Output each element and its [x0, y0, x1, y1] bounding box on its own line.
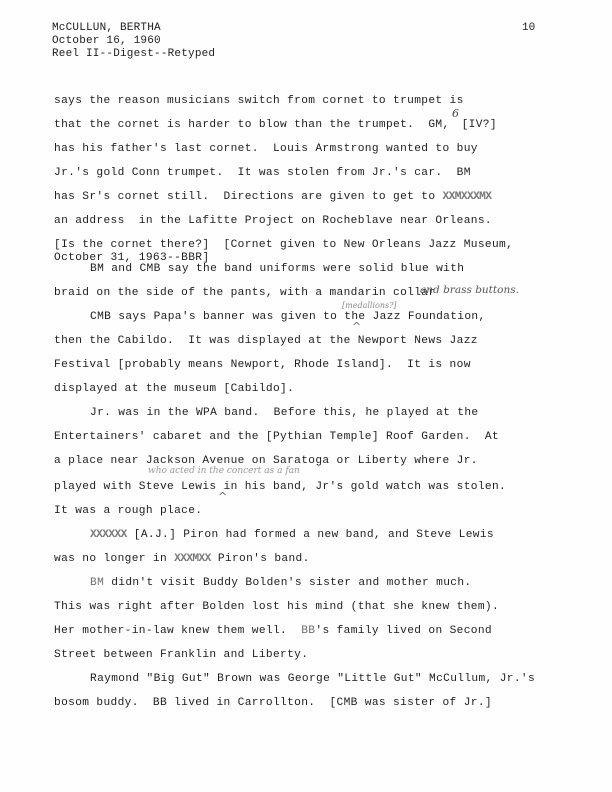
text-line: Street between Franklin and Liberty.	[54, 649, 308, 661]
text-line: Festival [probably means Newport, Rhode …	[54, 359, 471, 371]
text-line: bosom buddy. BB lived in Carrollton. [CM…	[54, 697, 492, 709]
text-fragment: 's family lived on Second	[315, 625, 492, 637]
text-line: displayed at the museum [Cabildo].	[54, 383, 294, 395]
text-line: XXXXXX [A.J.] Piron had formed a new ban…	[90, 529, 494, 541]
text-line: Entertainers' cabaret and the [Pythian T…	[54, 431, 499, 443]
text-line: BM and CMB say the band uniforms were so…	[90, 263, 464, 275]
text-fragment: didn't visit Buddy Bolden's sister and m…	[104, 577, 471, 589]
text-fragment: that the cornet is harder to blow than t…	[54, 119, 450, 131]
reel-label: Reel II--Digest--Retyped	[52, 48, 215, 61]
redaction-strikeout: XXXMXX	[174, 553, 211, 565]
text-line: Raymond "Big Gut" Brown was George "Litt…	[90, 673, 535, 685]
text-line: CMB says Papa's banner was given to the …	[90, 311, 486, 323]
text-line: BM didn't visit Buddy Bolden's sister an…	[90, 577, 471, 589]
text-fragment: Her mother-in-law knew them well.	[54, 625, 301, 637]
text-line: that the cornet is harder to blow than t…	[54, 119, 497, 131]
text-line: Jr. was in the WPA band. Before this, he…	[90, 407, 479, 419]
text-fragment: was no longer in	[54, 553, 174, 565]
insertion-caret: ^	[218, 490, 227, 503]
interview-date: October 16, 1960	[52, 35, 215, 48]
text-line: Jr.'s gold Conn trumpet. It was stolen f…	[54, 167, 471, 179]
insertion-caret: ^	[352, 320, 361, 333]
text-fragment: [A.J.] Piron had formed a new band, and …	[127, 529, 494, 541]
text-line: braid on the side of the pants, with a m…	[54, 287, 435, 299]
redaction-strikeout: XXXXXX	[90, 529, 127, 541]
handwritten-watch-note: who acted in the concert as a fan	[148, 466, 300, 476]
handwritten-medallions-note: [medallions?]	[342, 301, 397, 310]
bracket-note: [IV?]	[462, 119, 497, 131]
text-line: was no longer in XXXMXX Piron's band.	[54, 553, 310, 565]
redaction-strikeout: XXMXXXMX	[443, 191, 492, 203]
text-fragment: Piron's band.	[211, 553, 310, 565]
text-line: says the reason musicians switch from co…	[54, 95, 464, 107]
text-fragment: in his band, Jr's gold watch was stolen.	[216, 481, 506, 493]
text-fragment: played with Steve Lewis	[54, 481, 216, 493]
text-line: It was a rough place.	[54, 505, 202, 517]
handwritten-collar-addition: and brass buttons.	[420, 284, 519, 296]
interviewee-name: McCULLUN, BERTHA	[52, 22, 215, 35]
handwritten-superscript: 6	[452, 107, 459, 120]
initials-bb: BB	[301, 625, 315, 637]
text-line: an address in the Lafitte Project on Roc…	[54, 215, 492, 227]
text-line: [Is the cornet there?] [Cornet given to …	[54, 239, 513, 251]
text-line: has his father's last cornet. Louis Arms…	[54, 143, 478, 155]
text-line: played with Steve Lewis in his band, Jr'…	[54, 481, 506, 493]
text-fragment: has Sr's cornet still. Directions are gi…	[54, 191, 443, 203]
text-line: Her mother-in-law knew them well. BB's f…	[54, 625, 492, 637]
text-line: has Sr's cornet still. Directions are gi…	[54, 191, 491, 203]
document-header: McCULLUN, BERTHA October 16, 1960 Reel I…	[52, 22, 215, 61]
initials-bm: BM	[90, 577, 104, 589]
text-line: This was right after Bolden lost his min…	[54, 601, 499, 613]
document-page: McCULLUN, BERTHA October 16, 1960 Reel I…	[0, 0, 612, 792]
page-number: 10	[522, 22, 535, 34]
text-line: then the Cabildo. It was displayed at th…	[54, 335, 478, 347]
